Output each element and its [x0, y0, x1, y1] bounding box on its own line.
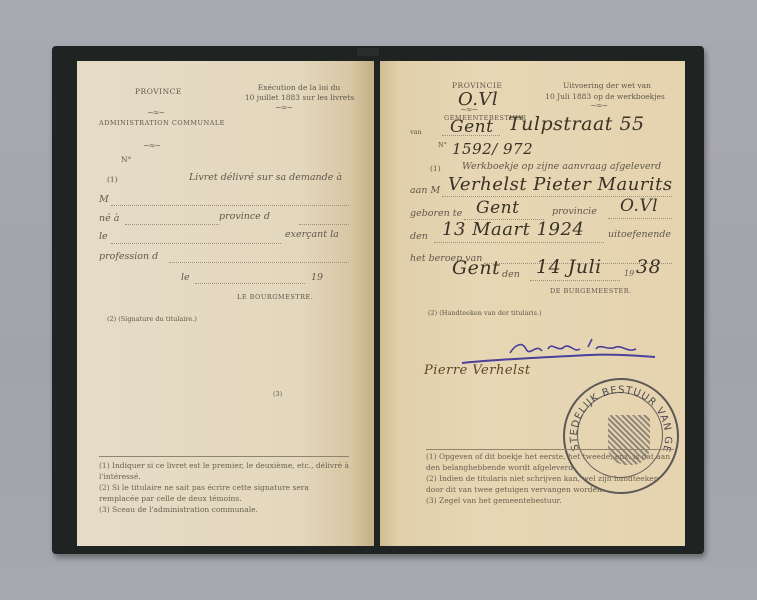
- province-field-label: provincie: [552, 206, 597, 217]
- right-page-dutch: PROVINCIE O.Vl ~≈~ Uitvoering der wet va…: [380, 61, 685, 546]
- ornament-divider: ~≈~: [460, 105, 477, 114]
- mayor-label: LE BOURGMESTRE.: [237, 293, 313, 301]
- municipality-value-handwritten: Gent: [450, 117, 493, 137]
- name-handwritten: Verhelst Pieter Maurits: [448, 174, 673, 195]
- address-handwritten: Tulpstraat 55: [508, 113, 645, 135]
- profession-label: profession d: [99, 251, 158, 262]
- footnote-2: (2) Si le titulaire ne sait pas écrire c…: [99, 482, 351, 504]
- signature-label: (2) (Signature du titulaire.): [107, 315, 197, 323]
- footnote-2: (2) Indien de titularis niet schrijven k…: [426, 473, 676, 495]
- m-label: M: [99, 194, 109, 205]
- birthplace-handwritten: Gent: [476, 198, 519, 218]
- signature-label: (2) (Handteeken van der titularis.): [428, 309, 542, 317]
- seal-ref: (3): [273, 390, 282, 398]
- province-handwritten: O.Vl: [620, 196, 658, 216]
- birthdate-handwritten: 13 Maart 1924: [442, 219, 584, 240]
- number-label: N°: [121, 155, 131, 164]
- birthplace-field: [125, 224, 219, 225]
- number-handwritten: 1592/ 972: [452, 140, 533, 158]
- date-field: [530, 280, 620, 281]
- den-label: den: [410, 231, 428, 242]
- footnote-divider: [99, 456, 349, 457]
- issued-text: Werkboekje op zijne aanvraag afgeleverd: [462, 161, 661, 172]
- issued-text: Livret délivré sur sa demande à: [189, 172, 342, 183]
- administration-label: ADMINISTRATION COMMUNALE: [99, 119, 225, 127]
- ornament-divider: ~≈~: [275, 103, 292, 112]
- m-field: [111, 205, 349, 206]
- province-field: [608, 218, 672, 219]
- birthdate-field: [434, 242, 604, 243]
- ornament-divider: ~≈~: [590, 101, 607, 110]
- footnote-divider: [426, 449, 674, 450]
- year-prefix: 19: [624, 269, 634, 278]
- birthdate-field: [111, 243, 281, 244]
- van-label: van: [410, 128, 422, 136]
- footnote-3: (3) Sceau de l'administration communale.: [99, 504, 351, 515]
- province-field: [299, 224, 349, 225]
- year-handwritten: 38: [636, 256, 661, 278]
- exercising-label: uitoefenende: [608, 229, 671, 240]
- footnote-3: (3) Zegel van het gemeentebestuur.: [426, 495, 676, 506]
- law-line-2: 10 Juli 1883 op de werkboekjes: [526, 92, 684, 101]
- date-den-label: den: [502, 269, 520, 280]
- booklet-spine: [357, 48, 379, 56]
- number-label: N°: [438, 141, 447, 149]
- le-label: le: [99, 231, 108, 242]
- province-label: PROVINCE: [135, 87, 182, 96]
- date-le-label: le: [181, 272, 190, 283]
- footnote-ref-1: (1): [430, 164, 441, 173]
- province-field-label: province d: [219, 211, 270, 222]
- mayor-label: DE BURGEMEESTER.: [550, 287, 632, 295]
- year-prefix: 19: [311, 272, 323, 283]
- exercising-label: exerçant la: [285, 229, 339, 240]
- issue-date-handwritten: 14 Juli: [536, 256, 602, 278]
- profession-field: [169, 262, 349, 263]
- born-label: geboren te: [410, 208, 462, 219]
- law-line-1: Uitvoering der wet van: [532, 81, 682, 90]
- ornament-divider: ~≈~: [147, 108, 164, 117]
- footnote-1: (1) Indiquer si ce livret est le premier…: [99, 460, 351, 482]
- left-page-french: PROVINCE Exécution de la loi du 10 juill…: [77, 61, 374, 546]
- footnotes: (1) Indiquer si ce livret est le premier…: [99, 460, 351, 515]
- aan-label: aan M: [410, 185, 440, 196]
- born-label: né à: [99, 213, 119, 224]
- place-handwritten: Gent: [452, 257, 500, 279]
- municipality-field: [442, 135, 500, 136]
- ornament-divider: ~≈~: [143, 141, 160, 150]
- footnote-1: (1) Opgeven of dit boekje het eerste, he…: [426, 451, 676, 473]
- law-line-2: 10 juillet 1883 sur les livrets: [227, 93, 372, 102]
- law-line-1: Exécution de la loi du: [229, 83, 369, 92]
- holder-signature: Pierre Verhelst: [424, 363, 531, 378]
- footnotes: (1) Opgeven of dit boekje het eerste, he…: [426, 451, 676, 506]
- footnote-ref-1: (1): [107, 175, 118, 184]
- date-field: [195, 283, 305, 284]
